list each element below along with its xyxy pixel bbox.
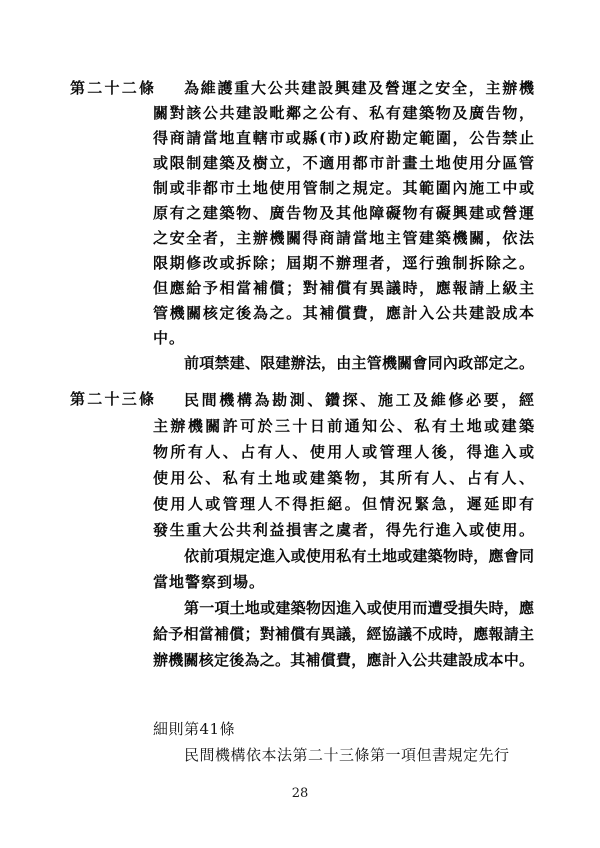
article-number: 第二十三條 [70, 387, 154, 412]
appendix-body-line: 民間機構依本法第二十三條第一項但書規定先行 [153, 742, 534, 768]
paragraph: 民間機構為勘測、鑽探、施工及維修必要，經主辦機關許可於三十日前通知公、私有土地或… [153, 387, 534, 543]
text-line: 主辦機關許可於三十日前通知公、私有土地或建築 [153, 413, 534, 439]
text-line: 前項禁建、限建辦法，由主管機關會同內政部定之。 [153, 351, 534, 376]
article-body: 民間機構為勘測、鑽探、施工及維修必要，經主辦機關許可於三十日前通知公、私有土地或… [153, 387, 534, 673]
paragraph: 第一項土地或建築物因進入或使用而遭受損失時，應給予相當補償；對補償有異議，經協議… [153, 595, 534, 673]
appendix-note: 細則第41條 民間機構依本法第二十三條第一項但書規定先行 [153, 716, 534, 768]
text-line: 得商請當地直轄市或縣(市)政府勘定範圍，公告禁止 [153, 126, 534, 151]
text-line: 原有之建築物、廣告物及其他障礙物有礙興建或營運 [153, 201, 534, 226]
article-22: 第二十二條為維護重大公共建設興建及營運之安全，主辦機關對該公共建設毗鄰之公有、私… [70, 76, 534, 376]
text-line: 第一項土地或建築物因進入或使用而遭受損失時，應 [153, 595, 534, 621]
text-line: 或限制建築及樹立，不適用都市計畫土地使用分區管 [153, 151, 534, 176]
paragraph: 依前項規定進入或使用私有土地或建築物時，應會同當地警察到場。 [153, 543, 534, 595]
text-line: 使用公、私有土地或建築物，其所有人、占有人、 [153, 465, 534, 491]
text-line: 限期修改或拆除；屆期不辦理者，逕行強制拆除之。 [153, 251, 534, 276]
paragraph: 前項禁建、限建辦法，由主管機關會同內政部定之。 [153, 351, 534, 376]
text-line: 但應給予相當補償；對補償有異議時，應報請上級主 [153, 276, 534, 301]
text-line: 制或非都市土地使用管制之規定。其範圍內施工中或 [153, 176, 534, 201]
article-number: 第二十二條 [70, 76, 154, 101]
text-line: 中。 [153, 326, 534, 351]
appendix-heading: 細則第41條 [153, 716, 534, 742]
text-line: 辦機關核定後為之。其補償費，應計入公共建設成本中。 [153, 647, 534, 673]
text-line: 之安全者，主辦機關得商請當地主管建築機關，依法 [153, 226, 534, 251]
article-body: 為維護重大公共建設興建及營運之安全，主辦機關對該公共建設毗鄰之公有、私有建築物及… [153, 76, 534, 376]
text-line: 管機關核定後為之。其補償費，應計入公共建設成本 [153, 301, 534, 326]
text-line: 民間機構為勘測、鑽探、施工及維修必要，經 [153, 387, 534, 413]
document-page: 第二十二條為維護重大公共建設興建及營運之安全，主辦機關對該公共建設毗鄰之公有、私… [0, 0, 600, 848]
text-line: 關對該公共建設毗鄰之公有、私有建築物及廣告物， [153, 101, 534, 126]
page-number: 28 [0, 786, 600, 801]
text-line: 發生重大公共利益損害之虞者，得先行進入或使用。 [153, 517, 534, 543]
text-line: 給予相當補償；對補償有異議，經協議不成時，應報請主 [153, 621, 534, 647]
text-line: 依前項規定進入或使用私有土地或建築物時，應會同 [153, 543, 534, 569]
paragraph: 為維護重大公共建設興建及營運之安全，主辦機關對該公共建設毗鄰之公有、私有建築物及… [153, 76, 534, 351]
text-line: 當地警察到場。 [153, 569, 534, 595]
text-line: 物所有人、占有人、使用人或管理人後，得進入或 [153, 439, 534, 465]
text-line: 使用人或管理人不得拒絕。但情況緊急，遲延即有 [153, 491, 534, 517]
article-23: 第二十三條民間機構為勘測、鑽探、施工及維修必要，經主辦機關許可於三十日前通知公、… [70, 387, 534, 673]
text-line: 為維護重大公共建設興建及營運之安全，主辦機 [153, 76, 534, 101]
